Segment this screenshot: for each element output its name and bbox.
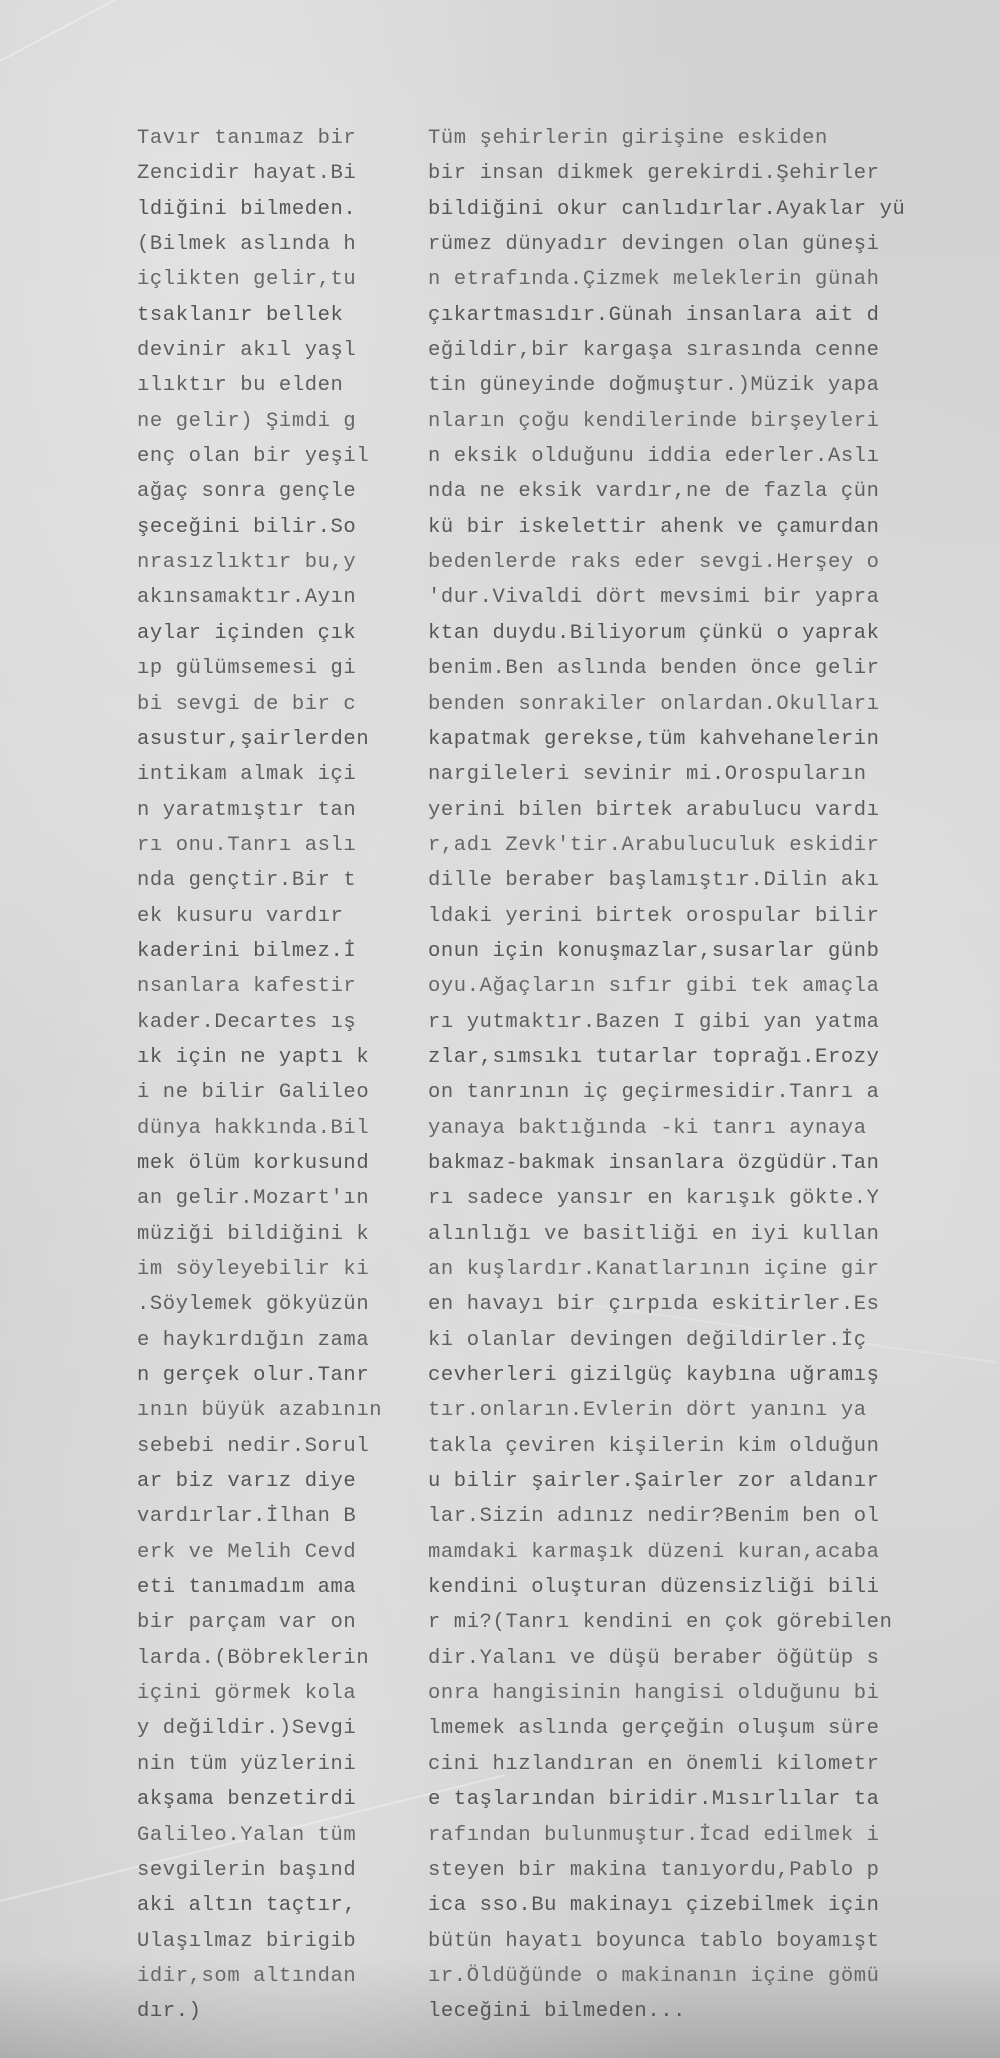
- text-line: dünya hakkında.Bil: [137, 1111, 382, 1146]
- text-line: Tavır tanımaz bir: [137, 121, 382, 156]
- text-line: mek ölüm korkusund: [137, 1146, 382, 1181]
- text-line: benden sonrakiler onlardan.Okulları: [428, 687, 905, 722]
- text-line: bakmaz-bakmak insanlara özgüdür.Tan: [428, 1146, 905, 1181]
- text-line: içlikten gelir,tu: [137, 262, 382, 297]
- text-line: ki olanlar devingen değildirler.İç: [428, 1323, 905, 1358]
- text-line: ıp gülümsemesi gi: [137, 651, 382, 686]
- text-line: ının büyük azabının: [137, 1393, 382, 1428]
- text-line: tır.onların.Evlerin dört yanını ya: [428, 1393, 905, 1428]
- right-text-column: Tüm şehirlerin girişine eskidenbir insan…: [428, 121, 905, 2030]
- text-line: cevherleri gizilgüç kaybına uğramış: [428, 1358, 905, 1393]
- text-line: lmemek aslında gerçeğin oluşum süre: [428, 1711, 905, 1746]
- text-line: ık için ne yaptı k: [137, 1040, 382, 1075]
- text-line: Galileo.Yalan tüm: [137, 1818, 382, 1853]
- text-line: cini hızlandıran en önemli kilometr: [428, 1747, 905, 1782]
- text-line: .Söylemek gökyüzün: [137, 1287, 382, 1322]
- text-line: ne gelir) Şimdi g: [137, 404, 382, 439]
- text-line: en havayı bir çırpıda eskitirler.Es: [428, 1287, 905, 1322]
- text-line: bir parçam var on: [137, 1605, 382, 1640]
- text-line: vardırlar.İlhan B: [137, 1499, 382, 1534]
- text-line: n gerçek olur.Tanr: [137, 1358, 382, 1393]
- text-line: dille beraber başlamıştır.Dilin akı: [428, 863, 905, 898]
- text-line: dır.): [137, 1994, 382, 2029]
- text-line: e taşlarından biridir.Mısırlılar ta: [428, 1782, 905, 1817]
- text-line: eti tanımadım ama: [137, 1570, 382, 1605]
- text-line: n yaratmıştır tan: [137, 793, 382, 828]
- text-line: nargileleri sevinir mi.Orospuların: [428, 757, 905, 792]
- text-line: ek kusuru vardır: [137, 899, 382, 934]
- text-line: Ulaşılmaz birigib: [137, 1924, 382, 1959]
- text-line: ır.Öldüğünde o makinanın içine gömü: [428, 1959, 905, 1994]
- paper-crease: [0, 0, 371, 62]
- text-line: çıkartmasıdır.Günah insanlara ait d: [428, 298, 905, 333]
- text-line: rı onu.Tanrı aslı: [137, 828, 382, 863]
- text-line: aylar içinden çık: [137, 616, 382, 651]
- text-line: devinir akıl yaşl: [137, 333, 382, 368]
- text-line: n etrafında.Çizmek meleklerin günah: [428, 262, 905, 297]
- text-line: içini görmek kola: [137, 1676, 382, 1711]
- text-line: an gelir.Mozart'ın: [137, 1181, 382, 1216]
- text-line: bi sevgi de bir c: [137, 687, 382, 722]
- text-line: n eksik olduğunu iddia ederler.Aslı: [428, 439, 905, 474]
- text-line: erk ve Melih Cevd: [137, 1535, 382, 1570]
- text-line: leceğini bilmeden...: [428, 1994, 905, 2029]
- text-line: oyu.Ağaçların sıfır gibi tek amaçla: [428, 969, 905, 1004]
- text-line: e haykırdığın zama: [137, 1323, 382, 1358]
- text-line: nda gençtir.Bir t: [137, 863, 382, 898]
- text-line: rafından bulunmuştur.İcad edilmek i: [428, 1818, 905, 1853]
- text-line: sebebi nedir.Sorul: [137, 1429, 382, 1464]
- text-line: u bilir şairler.Şairler zor aldanır: [428, 1464, 905, 1499]
- text-line: kü bir iskelettir ahenk ve çamurdan: [428, 510, 905, 545]
- text-line: ldiğini bilmeden.: [137, 192, 382, 227]
- left-text-column: Tavır tanımaz birZencidir hayat.Bildiğin…: [137, 121, 382, 2030]
- text-line: an kuşlardır.Kanatlarının içine gir: [428, 1252, 905, 1287]
- text-line: steyen bir makina tanıyordu,Pablo p: [428, 1853, 905, 1888]
- text-line: ağaç sonra gençle: [137, 474, 382, 509]
- text-line: zlar,sımsıkı tutarlar toprağı.Erozy: [428, 1040, 905, 1075]
- text-line: kaderini bilmez.İ: [137, 934, 382, 969]
- text-line: enç olan bir yeşil: [137, 439, 382, 474]
- text-line: eğildir,bir kargaşa sırasında cenne: [428, 333, 905, 368]
- text-line: intikam almak içi: [137, 757, 382, 792]
- text-line: alınlığı ve basitliği en iyi kullan: [428, 1217, 905, 1252]
- text-line: on tanrının iç geçirmesidir.Tanrı a: [428, 1075, 905, 1110]
- text-line: şeceğini bilir.So: [137, 510, 382, 545]
- text-line: kendini oluşturan düzensizliği bili: [428, 1570, 905, 1605]
- text-line: nrasızlıktır bu,y: [137, 545, 382, 580]
- text-line: r mi?(Tanrı kendini en çok görebilen: [428, 1605, 905, 1640]
- text-line: rümez dünyadır devingen olan güneşi: [428, 227, 905, 262]
- text-line: Zencidir hayat.Bi: [137, 156, 382, 191]
- text-line: tsaklanır bellek: [137, 298, 382, 333]
- text-line: müziği bildiğini k: [137, 1217, 382, 1252]
- text-line: onun için konuşmazlar,susarlar günb: [428, 934, 905, 969]
- text-line: takla çeviren kişilerin kim olduğun: [428, 1429, 905, 1464]
- text-line: ktan duydu.Biliyorum çünkü o yaprak: [428, 616, 905, 651]
- text-line: nda ne eksik vardır,ne de fazla çün: [428, 474, 905, 509]
- text-line: nların çoğu kendilerinde birşeyleri: [428, 404, 905, 439]
- text-line: (Bilmek aslında h: [137, 227, 382, 262]
- text-line: bildiğini okur canlıdırlar.Ayaklar yü: [428, 192, 905, 227]
- text-line: y değildir.)Sevgi: [137, 1711, 382, 1746]
- text-line: sevgilerin başınd: [137, 1853, 382, 1888]
- text-line: bütün hayatı boyunca tablo boyamışt: [428, 1924, 905, 1959]
- text-line: 'dur.Vivaldi dört mevsimi bir yapra: [428, 580, 905, 615]
- text-line: akşama benzetirdi: [137, 1782, 382, 1817]
- text-line: onra hangisinin hangisi olduğunu bi: [428, 1676, 905, 1711]
- text-line: ldaki yerini birtek orospular bilir: [428, 899, 905, 934]
- text-line: lar.Sizin adınız nedir?Benim ben ol: [428, 1499, 905, 1534]
- text-line: bedenlerde raks eder sevgi.Herşey o: [428, 545, 905, 580]
- text-line: r,adı Zevk'tir.Arabuluculuk eskidir: [428, 828, 905, 863]
- text-line: benim.Ben aslında benden önce gelir: [428, 651, 905, 686]
- text-line: mamdaki karmaşık düzeni kuran,acaba: [428, 1535, 905, 1570]
- text-line: kapatmak gerekse,tüm kahvehanelerin: [428, 722, 905, 757]
- text-line: akınsamaktır.Ayın: [137, 580, 382, 615]
- text-line: i ne bilir Galileo: [137, 1075, 382, 1110]
- text-line: dir.Yalanı ve düşü beraber öğütüp s: [428, 1641, 905, 1676]
- text-line: nin tüm yüzlerini: [137, 1747, 382, 1782]
- text-line: asustur,şairlerden: [137, 722, 382, 757]
- text-line: Tüm şehirlerin girişine eskiden: [428, 121, 905, 156]
- text-line: aki altın taçtır,: [137, 1888, 382, 1923]
- text-line: rı yutmaktır.Bazen I gibi yan yatma: [428, 1005, 905, 1040]
- text-line: ica sso.Bu makinayı çizebilmek için: [428, 1888, 905, 1923]
- text-line: ar biz varız diye: [137, 1464, 382, 1499]
- text-line: nsanlara kafestir: [137, 969, 382, 1004]
- text-line: larda.(Böbreklerin: [137, 1641, 382, 1676]
- text-line: rı sadece yansır en karışık gökte.Y: [428, 1181, 905, 1216]
- text-line: bir insan dikmek gerekirdi.Şehirler: [428, 156, 905, 191]
- text-line: idir,som altından: [137, 1959, 382, 1994]
- text-line: yanaya baktığında -ki tanrı aynaya: [428, 1111, 905, 1146]
- text-line: tin güneyinde doğmuştur.)Müzik yapa: [428, 368, 905, 403]
- text-line: im söyleyebilir ki: [137, 1252, 382, 1287]
- text-line: kader.Decartes ış: [137, 1005, 382, 1040]
- text-line: yerini bilen birtek arabulucu vardı: [428, 793, 905, 828]
- text-line: ılıktır bu elden: [137, 368, 382, 403]
